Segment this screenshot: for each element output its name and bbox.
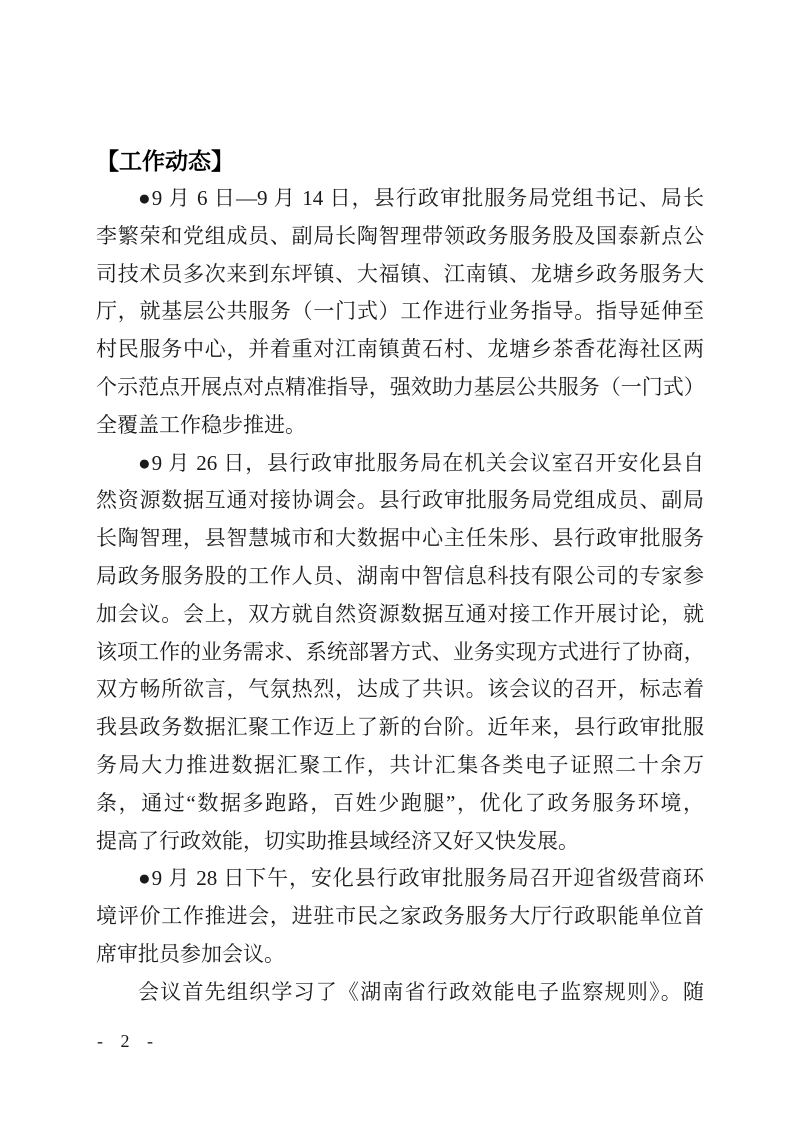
paragraph-2: ●9 月 26 日，县行政审批服务局在机关会议室召开安化县自 然资源数据互通对接… <box>96 445 704 861</box>
body-line: 双方畅所欲言，气氛热烈，达成了共识。该会议的召开，标志着 <box>96 671 704 709</box>
body-line: 村民服务中心，并着重对江南镇黄石村、龙塘乡茶香花海社区两 <box>96 331 704 369</box>
body-line: 我县政务数据汇聚工作迈上了新的台阶。近年来，县行政审批服 <box>96 709 704 747</box>
body-line: ●9 月 6 日—9 月 14 日，县行政审批服务局党组书记、局长 <box>96 180 704 218</box>
body-line: 加会议。会上，双方就自然资源数据互通对接工作开展讨论，就 <box>96 596 704 634</box>
body-line: ●9 月 26 日，县行政审批服务局在机关会议室召开安化县自 <box>96 445 704 483</box>
page-number: - 2 - <box>97 1030 156 1052</box>
body-line: 境评价工作推进会，进驻市民之家政务服务大厅行政职能单位首 <box>96 898 704 936</box>
paragraph-4: 会议首先组织学习了《湖南省行政效能电子监察规则》。随 <box>96 974 704 1012</box>
body-line: 个示范点开展点对点精准指导，强效助力基层公共服务（一门式） <box>96 369 704 407</box>
body-line: 司技术员多次来到东坪镇、大福镇、江南镇、龙塘乡政务服务大 <box>96 256 704 294</box>
body-line: 李繁荣和党组成员、副局长陶智理带领政务服务股及国泰新点公 <box>96 218 704 256</box>
document-page: 【工作动态】 ●9 月 6 日—9 月 14 日，县行政审批服务局党组书记、局长… <box>0 0 793 1122</box>
paragraph-1: ●9 月 6 日—9 月 14 日，县行政审批服务局党组书记、局长 李繁荣和党组… <box>96 180 704 445</box>
body-line: ●9 月 28 日下午，安化县行政审批服务局召开迎省级营商环 <box>96 860 704 898</box>
body-line: 然资源数据互通对接协调会。县行政审批服务局党组成员、副局 <box>96 482 704 520</box>
body-line: 条，通过“数据多跑路，百姓少跑腿”，优化了政务服务环境， <box>96 785 704 823</box>
body-line: 局政务服务股的工作人员、湖南中智信息科技有限公司的专家参 <box>96 558 704 596</box>
body-line: 长陶智理，县智慧城市和大数据中心主任朱彤、县行政审批服务 <box>96 520 704 558</box>
body-line: 厅，就基层公共服务（一门式）工作进行业务指导。指导延伸至 <box>96 293 704 331</box>
document-body: 【工作动态】 ●9 月 6 日—9 月 14 日，县行政审批服务局党组书记、局长… <box>96 142 704 1012</box>
body-line: 全覆盖工作稳步推进。 <box>96 407 704 445</box>
body-line: 该项工作的业务需求、系统部署方式、业务实现方式进行了协商， <box>96 634 704 672</box>
body-line: 务局大力推进数据汇聚工作，共计汇集各类电子证照二十余万 <box>96 747 704 785</box>
body-line: 提高了行政效能，切实助推县域经济又好又快发展。 <box>96 823 704 861</box>
section-heading: 【工作动态】 <box>96 142 704 180</box>
body-line: 席审批员参加会议。 <box>96 936 704 974</box>
body-line: 会议首先组织学习了《湖南省行政效能电子监察规则》。随 <box>96 974 704 1012</box>
paragraph-3: ●9 月 28 日下午，安化县行政审批服务局召开迎省级营商环 境评价工作推进会，… <box>96 860 704 973</box>
